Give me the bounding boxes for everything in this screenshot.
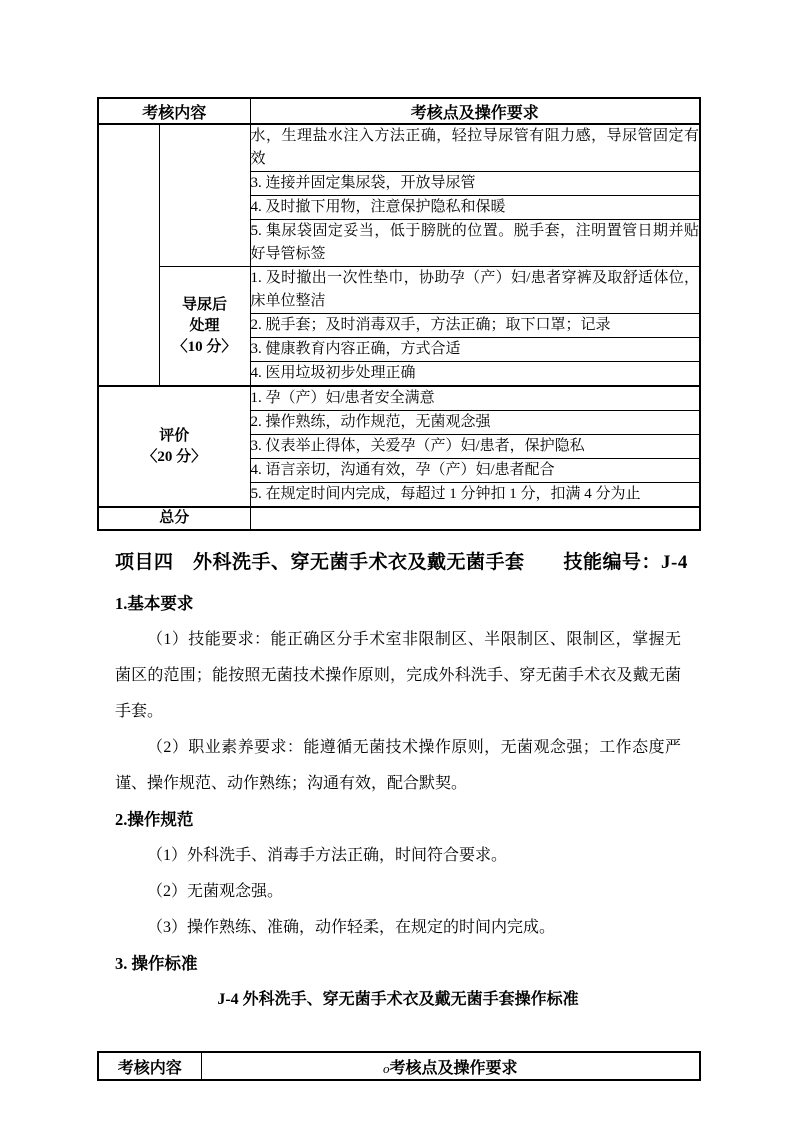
total-score-row: 总分 xyxy=(98,507,700,530)
total-score-label: 总分 xyxy=(98,507,250,530)
label-line: 〈20 分〉 xyxy=(99,447,250,468)
empty-cell xyxy=(98,124,159,386)
operation-standard-heading: 3. 操作标准 xyxy=(115,946,681,982)
standard-table-title: J-4 外科洗手、穿无菌手术衣及戴无菌手套操作标准 xyxy=(115,982,681,1018)
spec-item: （2）无菌观念强。 xyxy=(115,874,681,910)
paragraph: （2）职业素养要求：能遵循无菌技术操作原则，无菌观念强；工作态度严谨、操作规范、… xyxy=(115,730,681,802)
document-page: 考核内容 考核点及操作要求 水，生理盐水注入方法正确，轻拉导尿管有阻力感，导尿管… xyxy=(0,0,793,1122)
total-score-value xyxy=(250,507,700,530)
label-line: 处理 xyxy=(160,316,250,337)
row-text: 5. 集尿袋固定妥当，低于膀胱的位置。脱手套，注明置管日期并贴好导管标签 xyxy=(250,220,700,267)
table-header-content: 考核内容 xyxy=(98,98,250,124)
row-text: 4. 语言亲切，沟通有效，孕（产）妇/患者配合 xyxy=(250,459,700,483)
table-header-requirements: o考核点及操作要求 xyxy=(201,1052,700,1080)
row-text: 4. 医用垃圾初步处理正确 xyxy=(250,362,700,387)
assessment-table: 考核内容 考核点及操作要求 水，生理盐水注入方法正确，轻拉导尿管有阻力感，导尿管… xyxy=(97,97,701,531)
row-text: 2. 脱手套；及时消毒双手，方法正确；取下口罩；记录 xyxy=(250,314,700,338)
table-row: 导尿后 处理 〈10 分〉 1. 及时撤出一次性垫巾，协助孕（产）妇/患者穿裤及… xyxy=(98,267,700,314)
row-text: 水，生理盐水注入方法正确，轻拉导尿管有阻力感，导尿管固定有效 xyxy=(250,124,700,172)
row-text: 5. 在规定时间内完成，每超过 1 分钟扣 1 分，扣满 4 分为止 xyxy=(250,483,700,508)
paragraph: （1）技能要求：能正确区分手术室非限制区、半限制区、限制区，掌握无菌区的范围；能… xyxy=(115,622,681,730)
row-text: 2. 操作熟练，动作规范，无菌观念强 xyxy=(250,411,700,435)
empty-label-cell xyxy=(159,124,250,267)
table-header-requirements: 考核点及操作要求 xyxy=(250,98,700,124)
catheter-aftercare-label: 导尿后 处理 〈10 分〉 xyxy=(159,267,250,387)
row-text: 4. 及时撤下用物，注意保护隐私和保暖 xyxy=(250,196,700,220)
operation-spec-heading: 2.操作规范 xyxy=(115,802,681,838)
label-line: 评价 xyxy=(99,426,250,447)
basic-requirements-heading: 1.基本要求 xyxy=(115,586,681,622)
label-line: 导尿后 xyxy=(160,295,250,316)
spec-item: （1）外科洗手、消毒手方法正确，时间符合要求。 xyxy=(115,838,681,874)
document-body: 1.基本要求 （1）技能要求：能正确区分手术室非限制区、半限制区、限制区，掌握无… xyxy=(97,586,699,1018)
row-text: 3. 连接并固定集尿袋，开放导尿管 xyxy=(250,172,700,196)
row-text: 1. 及时撤出一次性垫巾，协助孕（产）妇/患者穿裤及取舒适体位，床单位整洁 xyxy=(250,267,700,314)
row-text: 3. 健康教育内容正确，方式合适 xyxy=(250,338,700,362)
spec-item: （3）操作熟练、准确，动作轻柔，在规定的时间内完成。 xyxy=(115,910,681,946)
label-line: 〈10 分〉 xyxy=(160,337,250,358)
standard-table: 考核内容 o考核点及操作要求 xyxy=(97,1051,701,1081)
table-row: 水，生理盐水注入方法正确，轻拉导尿管有阻力感，导尿管固定有效 xyxy=(98,124,700,172)
row-text: 1. 孕（产）妇/患者安全满意 xyxy=(250,386,700,411)
table-row: 评价 〈20 分〉 1. 孕（产）妇/患者安全满意 xyxy=(98,386,700,411)
project-heading: 项目四 外科洗手、穿无菌手术衣及戴无菌手套 技能编号：J-4 xyxy=(97,547,699,574)
table-header-content: 考核内容 xyxy=(98,1052,201,1080)
row-text: 3. 仪表举止得体，关爱孕（产）妇/患者，保护隐私 xyxy=(250,435,700,459)
header-label: 考核点及操作要求 xyxy=(389,1060,517,1077)
evaluation-label: 评价 〈20 分〉 xyxy=(98,386,250,507)
